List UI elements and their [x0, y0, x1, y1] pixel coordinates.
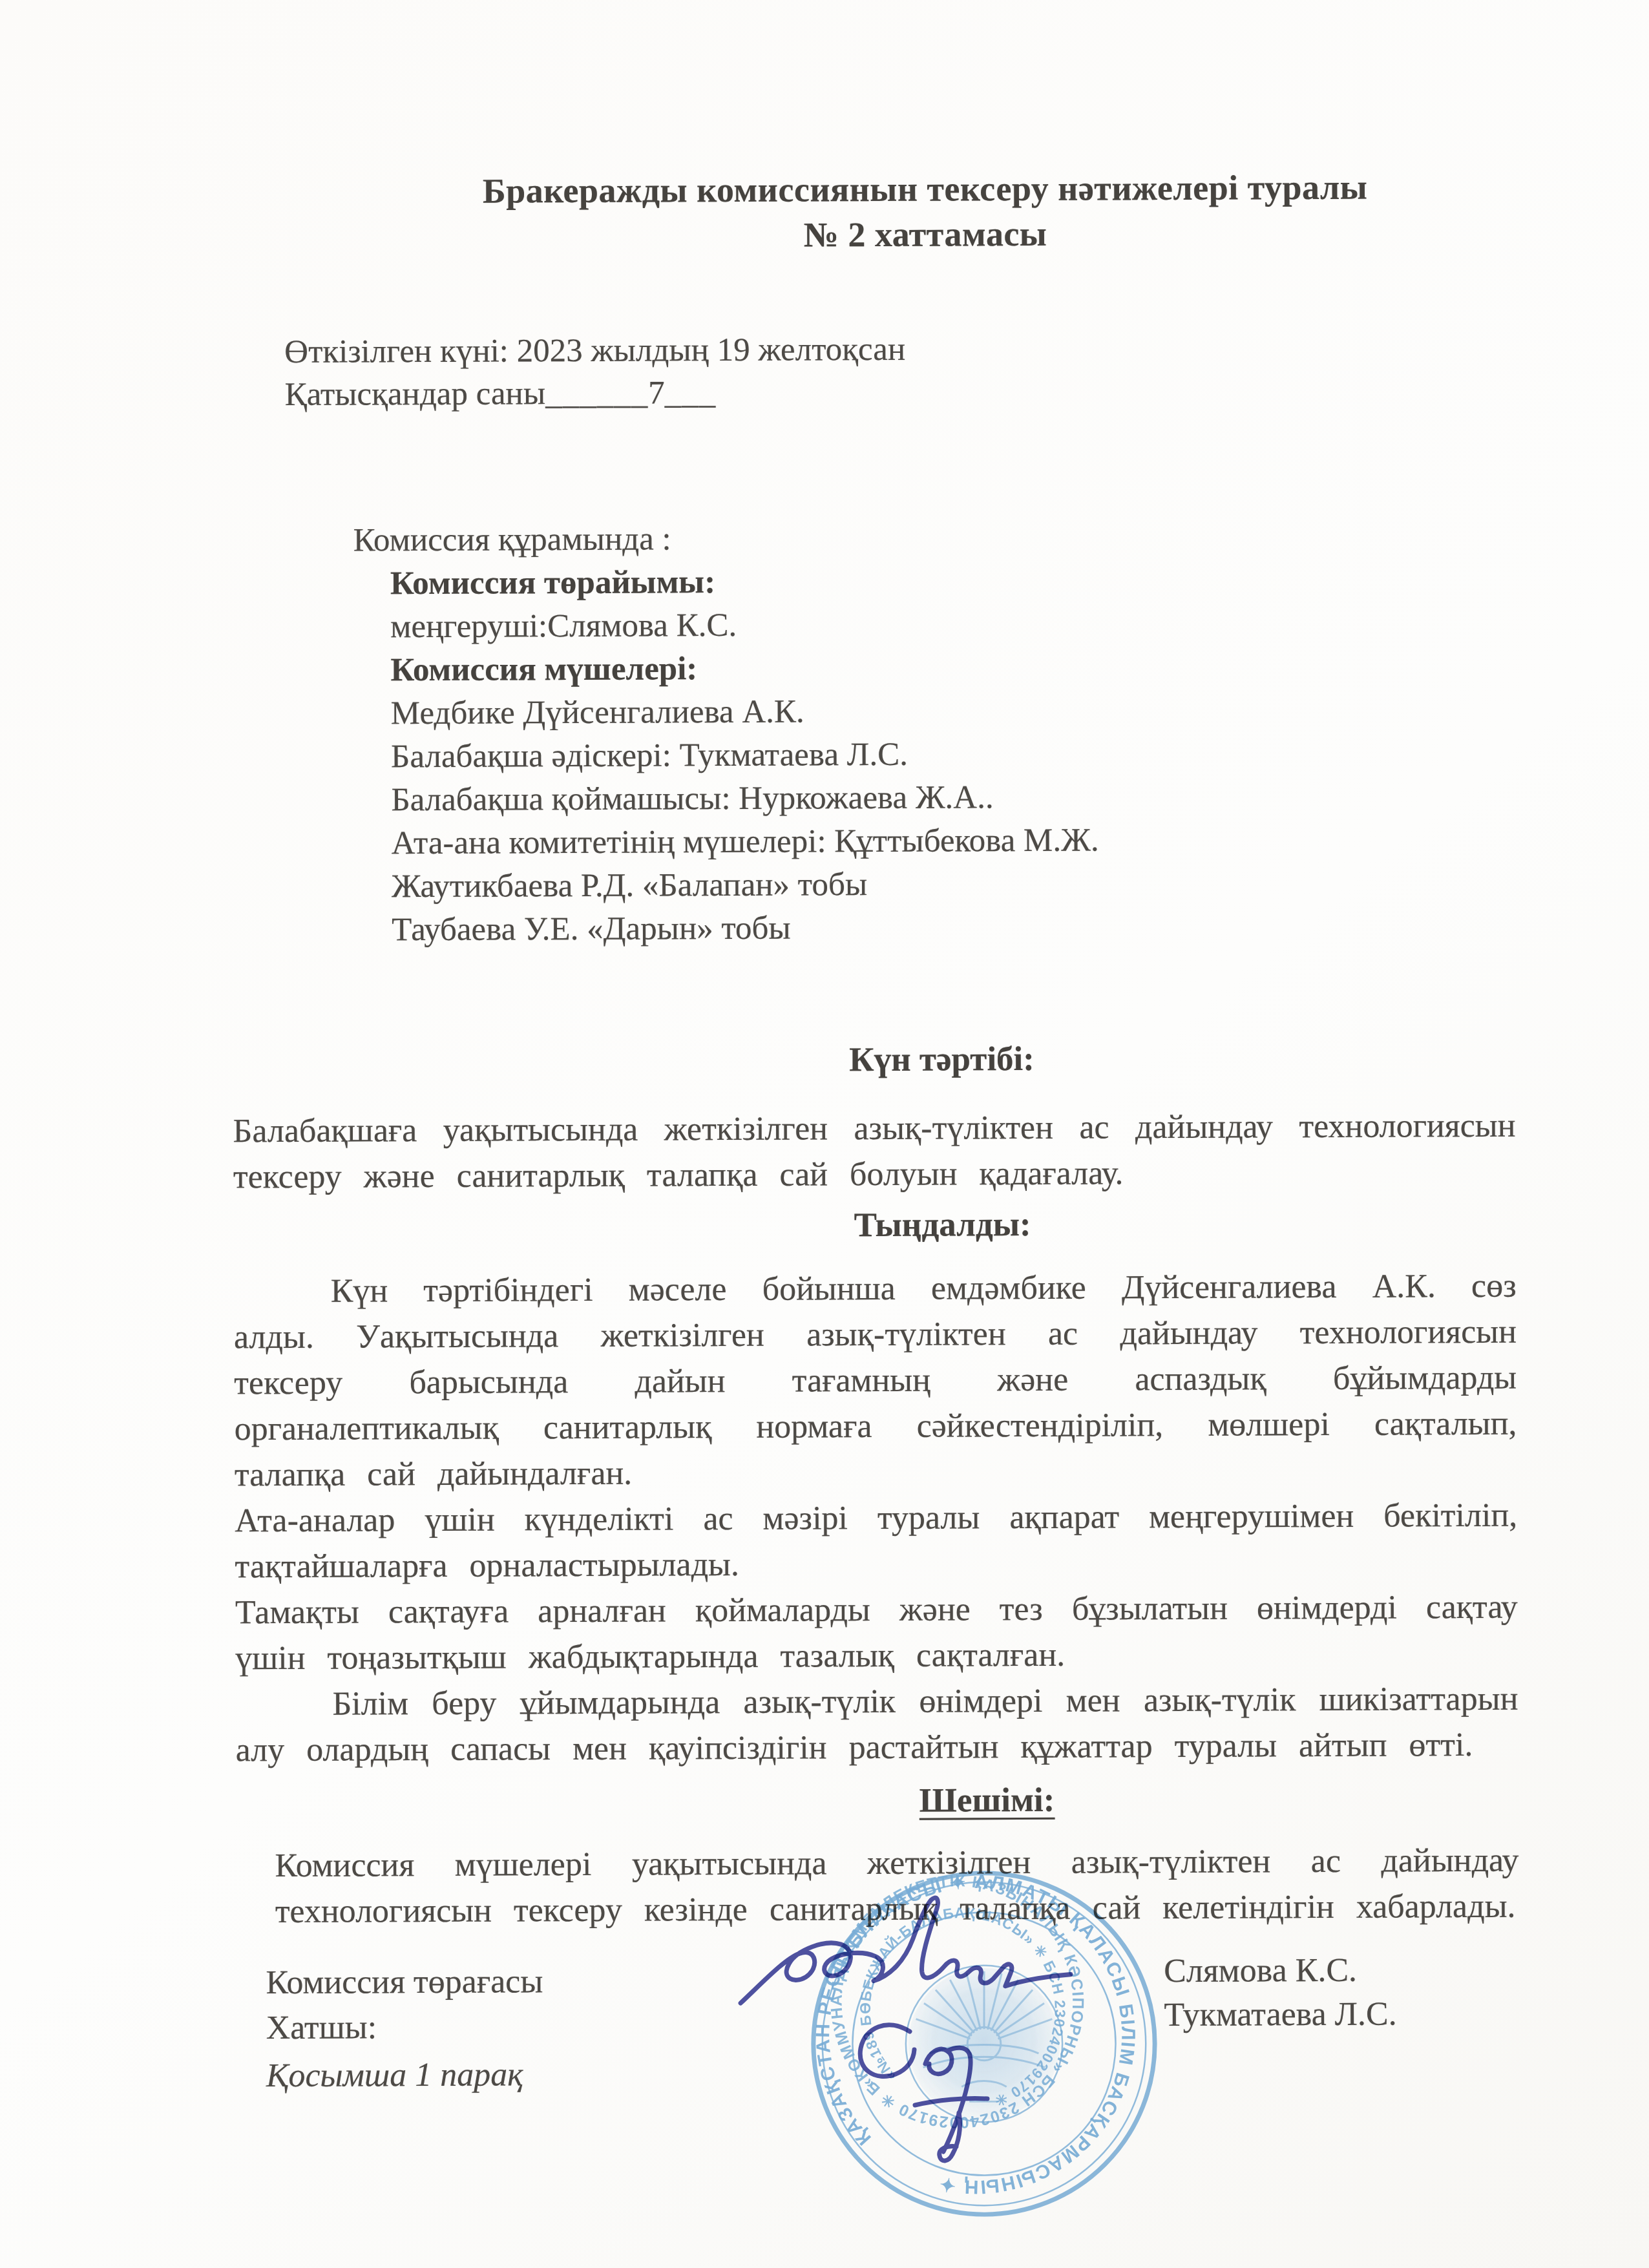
secretary-label: Хатшы:: [266, 2009, 377, 2046]
commission-member: Ата-ана комитетінің мүшелері: Құттыбеков…: [231, 817, 1514, 866]
chair-label: Комиссия төрағасы: [266, 1963, 543, 2001]
participants-label: Қатысқандар саны: [284, 375, 545, 413]
decision-heading: Шешімі:: [346, 1775, 1628, 1826]
commission-member: Балабақша қоймашысы: Нуркожаева Ж.А..: [231, 774, 1514, 823]
participants-blank-left: ______: [545, 375, 648, 412]
document-title: Бракеражды комиссиянын тексеру нәтижелер…: [284, 163, 1567, 260]
document-title-line2: № 2 хаттамасы: [284, 209, 1566, 260]
participants-blank-right: ___: [664, 375, 716, 411]
decision-heading-text: Шешімі:: [919, 1781, 1055, 1820]
agenda-body: Балабақшаға уақытысында жеткізілген азық…: [233, 1103, 1516, 1201]
commission-intro: Комиссия құрамында :: [230, 514, 1513, 563]
document-body: Бракеражды комиссиянын тексеру нәтижелер…: [228, 0, 1520, 2099]
chair-name: Слямова К.С.: [1164, 1948, 1357, 1994]
document-title-line1: Бракеражды комиссиянын тексеру нәтижелер…: [284, 163, 1566, 215]
participants-line: Қатысқандар саны______7___: [284, 368, 1512, 416]
commission-member: Медбике Дүйсенгалиева А.К.: [231, 688, 1514, 737]
heard-paragraph: Тамақты сақтауға арналған қоймаларды жән…: [235, 1584, 1518, 1682]
agenda-heading: Күн тәртібі:: [300, 1034, 1583, 1085]
date-line: Өткізілген күні: 2023 жылдың 19 желтоқса…: [284, 326, 1512, 373]
commission-member: Жаутикбаева Р.Д. «Балапан» тобы: [232, 861, 1515, 910]
commission-chair-heading: Комиссия төрайымы:: [231, 558, 1513, 607]
scanned-document-page: Бракеражды комиссиянын тексеру нәтижелер…: [0, 0, 1649, 2268]
participants-count: 7: [648, 375, 665, 411]
heard-paragraph: Күн тәртібіндегі мәселе бойынша емдәмбик…: [233, 1263, 1517, 1498]
commission-block: Комиссия құрамында : Комиссия төрайымы: …: [230, 514, 1515, 953]
heard-paragraph: Ата-аналар үшін күнделікті ас мәзірі тур…: [235, 1493, 1518, 1590]
secretary-handwritten-signature: [832, 2008, 1029, 2173]
commission-member: Таубаева У.Е. «Дарын» тобы: [232, 904, 1515, 953]
commission-member: Балабақша әдіскері: Тукматаева Л.С.: [231, 731, 1514, 780]
secretary-name: Тукматаева Л.С.: [1164, 1991, 1396, 2038]
meta-block: Өткізілген күні: 2023 жылдың 19 желтоқса…: [229, 326, 1513, 417]
heard-paragraph: Білім беру ұйымдарында азық-түлік өнімде…: [235, 1676, 1518, 1774]
commission-members-heading: Комиссия мүшелері:: [231, 644, 1513, 693]
heard-heading: Тыңдалды:: [301, 1199, 1584, 1250]
commission-chair-line: меңгеруші:Слямова К.С.: [231, 601, 1513, 650]
